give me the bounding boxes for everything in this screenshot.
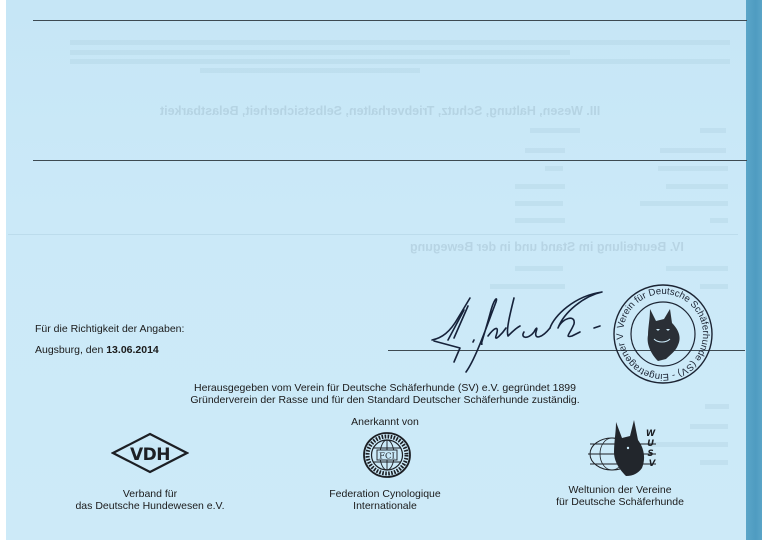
bleed-through-text xyxy=(515,184,565,189)
bleed-through-text xyxy=(700,460,728,465)
wusv-name-line-2: für Deutsche Schäferhunde xyxy=(515,496,725,508)
place-prefix: Augsburg, den xyxy=(35,344,106,356)
handwritten-signature xyxy=(424,288,614,378)
bleed-through-text xyxy=(530,128,580,133)
scan-margin xyxy=(762,0,772,547)
certification-label: Für die Richtigkeit der Angaben: xyxy=(35,323,184,335)
recognized-by-label: Anerkannt von xyxy=(300,416,470,428)
bleed-through-text xyxy=(666,184,728,189)
bleed-through-text xyxy=(545,166,563,171)
middle-rule xyxy=(33,160,747,161)
vdh-logo-text: VDH xyxy=(130,445,170,465)
bleed-through-heading-iii: III. Wesen, Haltung, Schutz, Triebverhal… xyxy=(160,104,600,118)
bleed-through-text xyxy=(700,128,726,133)
bleed-through-text xyxy=(660,148,726,153)
paper-edge-strip xyxy=(746,0,762,540)
bleed-through-text xyxy=(640,201,728,206)
publisher-line-2: Gründerverein der Rasse und für den Stan… xyxy=(150,394,620,406)
bleed-through-text xyxy=(705,404,729,409)
issue-date: 13.06.2014 xyxy=(106,344,159,356)
vdh-name-line-1: Verband für xyxy=(45,488,255,500)
top-rule xyxy=(33,20,747,21)
publisher-line-1: Herausgegeben vom Verein für Deutsche Sc… xyxy=(150,382,620,394)
sv-club-stamp: Verein für Deutsche Schäferhunde (SV) - … xyxy=(612,283,714,385)
bleed-through-text xyxy=(666,266,728,271)
wusv-shepherd-globe-logo: W U S V xyxy=(586,418,670,478)
bleed-through-text xyxy=(710,218,728,223)
bleed-through-text xyxy=(515,266,563,271)
bleed-through-text xyxy=(200,68,420,73)
svg-text:W U S V: W U S V xyxy=(646,429,658,469)
vdh-diamond-logo: VDH xyxy=(111,432,189,474)
fci-globe-seal-logo: FCI xyxy=(362,431,412,479)
bleed-through-heading-iv: IV. Beurteilung im Stand und in der Bewe… xyxy=(410,240,684,254)
bleed-through-text xyxy=(525,148,565,153)
fci-logo-text: FCI xyxy=(379,452,395,462)
certification-place-date: Augsburg, den 13.06.2014 xyxy=(35,344,159,356)
bleed-through-text xyxy=(70,50,570,55)
bleed-through-text xyxy=(70,59,730,64)
bleed-through-text xyxy=(690,424,728,429)
fci-name-line-1: Federation Cynologique xyxy=(280,488,490,500)
vdh-name-line-2: das Deutsche Hundewesen e.V. xyxy=(45,500,255,512)
bleed-through-text xyxy=(70,40,730,45)
wusv-name-line-1: Weltunion der Vereine xyxy=(515,484,725,496)
fci-name-line-2: Internationale xyxy=(280,500,490,512)
bleed-through-text xyxy=(658,166,728,171)
bleed-through-divider xyxy=(8,234,738,235)
german-shepherd-head-icon xyxy=(648,309,680,361)
bleed-through-text xyxy=(515,218,565,223)
bleed-through-text xyxy=(515,201,563,206)
